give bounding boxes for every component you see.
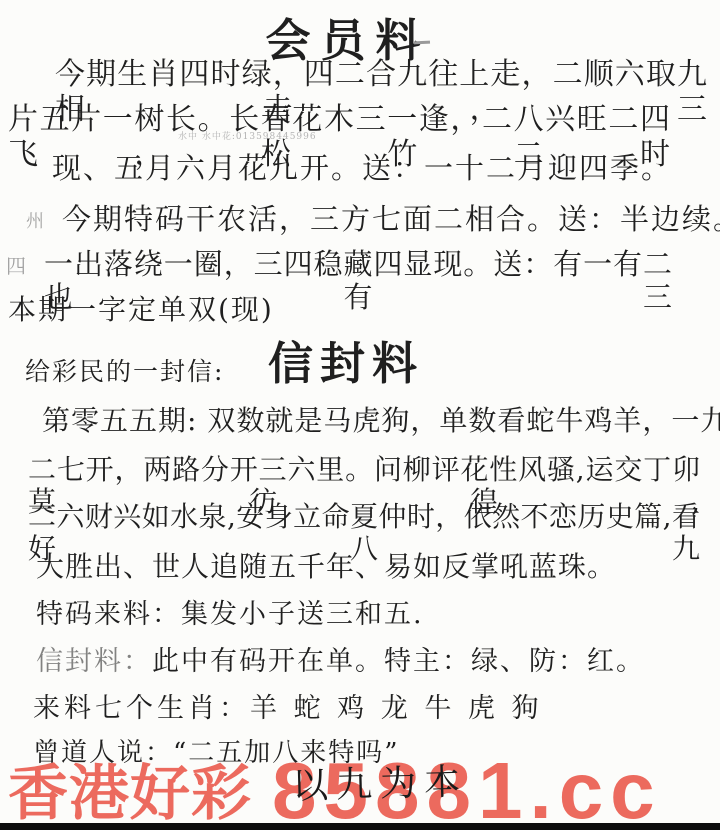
tip-envelope: 信封料：此中有码开在单。特主：绿、防：红。: [36, 646, 645, 677]
scanned-lottery-tips-page: 会员料 今期生肖四时绿，四二合九往上走，二顺六取九相击，三 片五片一树长。长春花…: [0, 0, 720, 830]
member-line-6: 本期一字定单双(现): [8, 294, 274, 326]
envelope-line-4: 大胜出、世人追随五千年、易如反掌吼蓝珠。: [36, 551, 616, 583]
member-line-5-faint-prefix: 四: [6, 255, 26, 278]
envelope-section-title: 信封料: [268, 338, 424, 390]
handwritten-note: 以九为本: [291, 754, 468, 810]
member-line-4-faint-prefix: 州: [26, 212, 44, 233]
faint-scan-watermark-text: 水中 水中花:013598445996: [178, 129, 317, 142]
tip-special-code-value: 集发小子送三和五.: [181, 599, 424, 630]
member-line-3: 现、五月六月花儿开。送：一十二月迎四季。: [52, 152, 672, 185]
tip-special-code: 特码来料：集发小子送三和五.: [36, 599, 424, 630]
envelope-intro-label: 给彩民的一封信:: [25, 358, 224, 387]
tip-envelope-value: 此中有码开在单。特主：绿、防：红。: [152, 646, 645, 677]
tip-envelope-label: 信封料：: [36, 646, 152, 677]
tip-zodiac-list: 来料七个生肖：羊 蛇 鸡 龙 牛 虎 狗: [33, 693, 543, 724]
watermark-brand: 香港好彩: [8, 763, 252, 824]
envelope-line-1: 第零五五期: 双数就是马虎狗，单数看蛇牛鸡羊，一九寻机: [42, 405, 720, 437]
tip-special-code-label: 特码来料：: [36, 599, 181, 630]
member-line-4: 今期特码干农活，三方七面二相合。送：半边续。: [62, 203, 720, 236]
